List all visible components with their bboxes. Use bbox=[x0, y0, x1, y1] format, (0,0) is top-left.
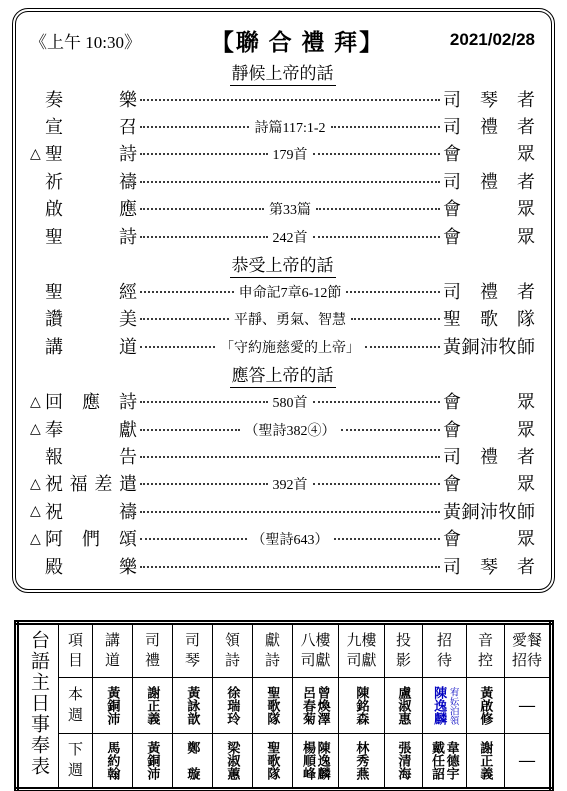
duty-name: 陳銘森 bbox=[355, 686, 369, 725]
duty-col-header-line: 投 bbox=[385, 631, 422, 651]
dotted-leader bbox=[341, 429, 441, 431]
row-performer: 聖歌隊 bbox=[443, 310, 535, 328]
row-center-text: （聖詩643） bbox=[250, 529, 331, 549]
duty-col-header-line: 講 bbox=[93, 631, 132, 651]
duty-name: 黃詠歆 bbox=[186, 686, 200, 725]
row-performer: 會眾 bbox=[443, 228, 535, 246]
service-date: 2021/02/28 bbox=[415, 30, 535, 50]
dotted-leader bbox=[313, 236, 441, 238]
duty-names: 徐瑞玲 bbox=[225, 686, 241, 725]
duty-table: 台語主日事奉表項目講道司禮司琴領詩獻詩八樓司獻九樓司獻投影招待音控愛餐招待本週黃… bbox=[14, 620, 554, 791]
duty-cell: 黃啟修 bbox=[467, 678, 505, 734]
row-prefix: △ bbox=[30, 476, 45, 493]
duty-col-header: 招待 bbox=[423, 623, 467, 678]
duty-col-header: 領詩 bbox=[213, 623, 253, 678]
dotted-leader bbox=[313, 401, 441, 403]
duty-name: 陳逸麟 bbox=[432, 686, 446, 725]
duty-row-label: 本週 bbox=[59, 678, 93, 734]
duty-name: 徐瑞玲 bbox=[226, 686, 240, 725]
duty-names: 盧淑惠 bbox=[396, 686, 412, 725]
row-item-label: 回應詩 bbox=[45, 393, 137, 411]
duty-cell: 黃銅沛 bbox=[93, 678, 133, 734]
row-performer: 會眾 bbox=[443, 530, 535, 548]
duty-row-label: 下週 bbox=[59, 734, 93, 790]
row-center-text: （聖詩382④） bbox=[243, 420, 338, 440]
duty-names: 張清海 bbox=[396, 741, 412, 780]
duty-name: 謝正義 bbox=[479, 741, 493, 780]
row-performer: 司禮者 bbox=[443, 118, 535, 136]
program-row: △祝福差遣392首會眾 bbox=[30, 471, 535, 498]
dotted-leader bbox=[331, 126, 440, 128]
program-sections: 靜候上帝的話奏樂司琴者宣召詩篇117:1-2司禮者△聖詩179首會眾祈禱司禮者啟… bbox=[30, 58, 535, 580]
service-time: 《上午 10:30》 bbox=[30, 28, 180, 53]
duty-names: 鄭 璇 bbox=[185, 741, 201, 780]
program-row: 奏樂司琴者 bbox=[30, 86, 535, 113]
duty-col-header: 音控 bbox=[467, 623, 505, 678]
dotted-leader bbox=[365, 346, 440, 348]
duty-col-header: 司琴 bbox=[173, 623, 213, 678]
dotted-leader bbox=[140, 291, 234, 293]
program-row: △阿們頌（聖詩643）會眾 bbox=[30, 525, 535, 552]
duty-col-header: 愛餐招待 bbox=[505, 623, 552, 678]
duty-name: 宥妘泊領 bbox=[447, 686, 457, 725]
section-heading-text: 靜候上帝的話 bbox=[230, 59, 336, 86]
row-item-label: 奉獻 bbox=[45, 421, 137, 439]
row-center-text: 申命記7章6-12節 bbox=[237, 282, 344, 302]
duty-col-header-line: 招待 bbox=[505, 651, 549, 671]
duty-cell: 聖歌隊 bbox=[253, 678, 293, 734]
row-prefix: △ bbox=[30, 394, 45, 411]
duty-col-header-line: 影 bbox=[385, 651, 422, 671]
row-item-label: 殿樂 bbox=[45, 558, 137, 576]
section-heading-text: 恭受上帝的話 bbox=[230, 251, 336, 278]
section-heading-text: 應答上帝的話 bbox=[230, 361, 336, 388]
dotted-leader bbox=[140, 181, 440, 183]
row-item-label: 聖詩 bbox=[45, 228, 137, 246]
dotted-leader bbox=[140, 208, 264, 210]
duty-col-header: 講道 bbox=[93, 623, 133, 678]
row-performer: 會眾 bbox=[443, 421, 535, 439]
duty-row-label-line: 週 bbox=[59, 761, 92, 781]
duty-col-header-line: 道 bbox=[93, 651, 132, 671]
duty-cell: 陳逸麟楊順峰 bbox=[293, 734, 339, 790]
row-performer: 會眾 bbox=[443, 200, 535, 218]
dotted-leader bbox=[313, 153, 441, 155]
dotted-leader bbox=[140, 566, 440, 568]
duty-col-header-line: 控 bbox=[467, 651, 504, 671]
duty-cell: — bbox=[505, 734, 552, 790]
row-performer: 司禮者 bbox=[443, 448, 535, 466]
duty-row-label-line: 本 bbox=[59, 685, 92, 705]
duty-col-header-line: 音 bbox=[467, 631, 504, 651]
row-center-text: 580首 bbox=[271, 392, 310, 412]
program-row: 聖詩242首會眾 bbox=[30, 223, 535, 250]
duty-side-label-cell: 台語主日事奉表 bbox=[17, 623, 59, 790]
duty-col-header-line: 待 bbox=[423, 651, 466, 671]
duty-row: 下週馬約翰黃銅沛鄭 璇梁淑蕙聖歌隊陳逸麟楊順峰林秀燕張清海韋德宇戴任詔謝正義— bbox=[17, 734, 552, 790]
duty-names: 陳逸麟楊順峰 bbox=[300, 741, 330, 780]
program-row: 宣召詩篇117:1-2司禮者 bbox=[30, 113, 535, 140]
duty-col-header-line: 司 bbox=[173, 631, 212, 651]
row-item-label: 聖經 bbox=[45, 283, 137, 301]
section-heading: 應答上帝的話 bbox=[30, 361, 535, 389]
duty-col-header: 項目 bbox=[59, 623, 93, 678]
duty-names: 韋德宇戴任詔 bbox=[429, 741, 459, 780]
program-row: 祈禱司禮者 bbox=[30, 168, 535, 195]
program-row: △回應詩580首會眾 bbox=[30, 389, 535, 416]
duty-cell: 宥妘泊領陳逸麟 bbox=[423, 678, 467, 734]
program-row: △奉獻（聖詩382④）會眾 bbox=[30, 416, 535, 443]
dotted-leader bbox=[140, 99, 440, 101]
section-heading: 恭受上帝的話 bbox=[30, 250, 535, 278]
duty-names: 黃詠歆 bbox=[185, 686, 201, 725]
program-header: 《上午 10:30》 【聯 合 禮 拜】 2021/02/28 bbox=[30, 22, 535, 58]
duty-col-header-line: 八樓 bbox=[293, 631, 338, 651]
duty-cell: 張清海 bbox=[385, 734, 423, 790]
duty-names: 聖歌隊 bbox=[265, 686, 281, 725]
row-prefix: △ bbox=[30, 503, 45, 520]
duty-names: 梁淑蕙 bbox=[225, 741, 241, 780]
worship-program-box: 《上午 10:30》 【聯 合 禮 拜】 2021/02/28 靜候上帝的話奏樂… bbox=[12, 8, 555, 593]
program-row: 讚美平靜、勇氣、智慧聖歌隊 bbox=[30, 306, 535, 333]
duty-col-header: 投影 bbox=[385, 623, 423, 678]
duty-names: 林秀燕 bbox=[354, 741, 370, 780]
dotted-leader bbox=[140, 429, 240, 431]
duty-name: 林秀燕 bbox=[355, 741, 369, 780]
program-row: 殿樂司琴者 bbox=[30, 553, 535, 580]
dotted-leader bbox=[140, 483, 268, 485]
duty-names: 謝正義 bbox=[478, 741, 494, 780]
dotted-leader bbox=[140, 126, 249, 128]
row-performer: 司琴者 bbox=[443, 558, 535, 576]
row-item-label: 祈禱 bbox=[45, 173, 137, 191]
duty-col-header-line: 招 bbox=[423, 631, 466, 651]
program-row: 啟應第33篇會眾 bbox=[30, 196, 535, 223]
dotted-leader bbox=[316, 208, 440, 210]
duty-col-header: 八樓司獻 bbox=[293, 623, 339, 678]
row-item-label: 啟應 bbox=[45, 200, 137, 218]
duty-name: 陳逸麟 bbox=[316, 741, 330, 780]
duty-col-header-line: 九樓 bbox=[339, 631, 384, 651]
page-title: 【聯 合 禮 拜】 bbox=[180, 24, 415, 57]
row-prefix: △ bbox=[30, 146, 45, 163]
duty-side-label: 台語主日事奉表 bbox=[29, 630, 48, 777]
duty-col-header-line: 詩 bbox=[253, 651, 292, 671]
duty-name: 呂春菊 bbox=[301, 686, 315, 725]
duty-cell: 黃銅沛 bbox=[133, 734, 173, 790]
dotted-leader bbox=[346, 291, 440, 293]
duty-header-row: 台語主日事奉表項目講道司禮司琴領詩獻詩八樓司獻九樓司獻投影招待音控愛餐招待 bbox=[17, 623, 552, 678]
duty-name: 韋德宇 bbox=[445, 741, 459, 780]
duty-cell: 鄭 璇 bbox=[173, 734, 213, 790]
duty-names: 謝正義 bbox=[145, 686, 161, 725]
row-performer: 會眾 bbox=[443, 145, 535, 163]
row-center-text: 詩篇117:1-2 bbox=[252, 117, 327, 137]
duty-col-header-line: 司 bbox=[133, 631, 172, 651]
dotted-leader bbox=[334, 538, 441, 540]
row-item-label: 宣召 bbox=[45, 118, 137, 136]
row-performer: 司琴者 bbox=[443, 91, 535, 109]
duty-names: 黃銅沛 bbox=[145, 741, 161, 780]
duty-cell: 謝正義 bbox=[133, 678, 173, 734]
row-center-text: 「守約施慈愛的上帝」 bbox=[218, 337, 362, 357]
duty-names: 聖歌隊 bbox=[265, 741, 281, 780]
dotted-leader bbox=[351, 318, 440, 320]
duty-name: 聖歌隊 bbox=[266, 741, 280, 780]
dotted-leader bbox=[140, 346, 215, 348]
dotted-leader bbox=[140, 236, 268, 238]
duty-row: 本週黃銅沛謝正義黃詠歆徐瑞玲聖歌隊曾煥澤呂春菊陳銘森盧淑惠宥妘泊領陳逸麟黃啟修— bbox=[17, 678, 552, 734]
row-item-label: 阿們頌 bbox=[45, 530, 137, 548]
row-item-label: 讚美 bbox=[45, 310, 137, 328]
duty-cell: 盧淑惠 bbox=[385, 678, 423, 734]
dotted-leader bbox=[140, 456, 440, 458]
duty-names: 曾煥澤呂春菊 bbox=[300, 686, 330, 725]
duty-name: 曾煥澤 bbox=[316, 686, 330, 725]
dotted-leader bbox=[140, 153, 268, 155]
duty-col-header: 九樓司獻 bbox=[339, 623, 385, 678]
row-performer: 司禮者 bbox=[443, 283, 535, 301]
duty-name: 聖歌隊 bbox=[266, 686, 280, 725]
duty-col-header-line: 司獻 bbox=[293, 651, 338, 671]
duty-col-header-line: 禮 bbox=[133, 651, 172, 671]
duty-cell: 梁淑蕙 bbox=[213, 734, 253, 790]
duty-name: 楊順峰 bbox=[301, 741, 315, 780]
duty-cell: — bbox=[505, 678, 552, 734]
duty-cell: 聖歌隊 bbox=[253, 734, 293, 790]
duty-col-header-line: 愛餐 bbox=[505, 631, 549, 651]
duty-names: 宥妘泊領陳逸麟 bbox=[431, 686, 457, 725]
duty-cell: 黃詠歆 bbox=[173, 678, 213, 734]
dotted-leader bbox=[140, 401, 268, 403]
row-performer: 黃銅沛牧師 bbox=[443, 338, 535, 356]
row-item-label: 講道 bbox=[45, 338, 137, 356]
duty-col-header-line: 領 bbox=[213, 631, 252, 651]
duty-name: 梁淑蕙 bbox=[226, 741, 240, 780]
duty-names: 黃銅沛 bbox=[105, 686, 121, 725]
duty-cell: 謝正義 bbox=[467, 734, 505, 790]
row-item-label: 祝福差遣 bbox=[45, 475, 137, 493]
row-performer: 會眾 bbox=[443, 393, 535, 411]
program-row: 聖經申命記7章6-12節司禮者 bbox=[30, 278, 535, 305]
dotted-leader bbox=[140, 318, 229, 320]
program-row: 報告司禮者 bbox=[30, 443, 535, 470]
duty-cell: 馬約翰 bbox=[93, 734, 133, 790]
duty-col-header-line: 獻 bbox=[253, 631, 292, 651]
duty-name: 黃銅沛 bbox=[146, 741, 160, 780]
duty-cell: 林秀燕 bbox=[339, 734, 385, 790]
duty-name: 黃銅沛 bbox=[106, 686, 120, 725]
row-center-text: 392首 bbox=[271, 474, 310, 494]
program-row: △聖詩179首會眾 bbox=[30, 141, 535, 168]
duty-name: 鄭 璇 bbox=[186, 741, 200, 780]
row-item-label: 祝禱 bbox=[45, 503, 137, 521]
duty-name: 黃啟修 bbox=[479, 686, 493, 725]
row-center-text: 平靜、勇氣、智慧 bbox=[232, 309, 348, 329]
duty-cell: 曾煥澤呂春菊 bbox=[293, 678, 339, 734]
duty-name: 謝正義 bbox=[146, 686, 160, 725]
duty-names: 陳銘森 bbox=[354, 686, 370, 725]
duty-names: 馬約翰 bbox=[105, 741, 121, 780]
duty-col-header-line: 琴 bbox=[173, 651, 212, 671]
row-prefix: △ bbox=[30, 531, 45, 548]
duty-col-header-line: 詩 bbox=[213, 651, 252, 671]
row-performer: 會眾 bbox=[443, 475, 535, 493]
duty-row-label-line: 週 bbox=[59, 706, 92, 726]
program-row: 講道「守約施慈愛的上帝」黃銅沛牧師 bbox=[30, 333, 535, 360]
duty-dash: — bbox=[505, 697, 549, 715]
duty-name: 盧淑惠 bbox=[397, 686, 411, 725]
row-center-text: 242首 bbox=[271, 227, 310, 247]
program-row: △祝禱黃銅沛牧師 bbox=[30, 498, 535, 525]
duty-col-header-line: 目 bbox=[59, 651, 92, 671]
duty-cell: 徐瑞玲 bbox=[213, 678, 253, 734]
duty-names: 黃啟修 bbox=[478, 686, 494, 725]
duty-row-label-line: 下 bbox=[59, 740, 92, 760]
row-performer: 黃銅沛牧師 bbox=[443, 503, 535, 521]
duty-cell: 韋德宇戴任詔 bbox=[423, 734, 467, 790]
duty-name: 張清海 bbox=[397, 741, 411, 780]
dotted-leader bbox=[313, 483, 441, 485]
duty-col-header-line: 項 bbox=[59, 631, 92, 651]
row-prefix: △ bbox=[30, 421, 45, 438]
duty-col-header: 司禮 bbox=[133, 623, 173, 678]
duty-col-header-line: 司獻 bbox=[339, 651, 384, 671]
row-center-text: 179首 bbox=[271, 144, 310, 164]
dotted-leader bbox=[140, 511, 440, 513]
row-performer: 司禮者 bbox=[443, 173, 535, 191]
duty-dash: — bbox=[505, 752, 549, 770]
duty-col-header: 獻詩 bbox=[253, 623, 293, 678]
row-item-label: 奏樂 bbox=[45, 91, 137, 109]
dotted-leader bbox=[140, 538, 247, 540]
row-center-text: 第33篇 bbox=[267, 199, 313, 219]
duty-cell: 陳銘森 bbox=[339, 678, 385, 734]
duty-name: 馬約翰 bbox=[106, 741, 120, 780]
row-item-label: 聖詩 bbox=[45, 145, 137, 163]
row-item-label: 報告 bbox=[45, 448, 137, 466]
duty-name: 戴任詔 bbox=[430, 741, 444, 780]
section-heading: 靜候上帝的話 bbox=[30, 58, 535, 86]
